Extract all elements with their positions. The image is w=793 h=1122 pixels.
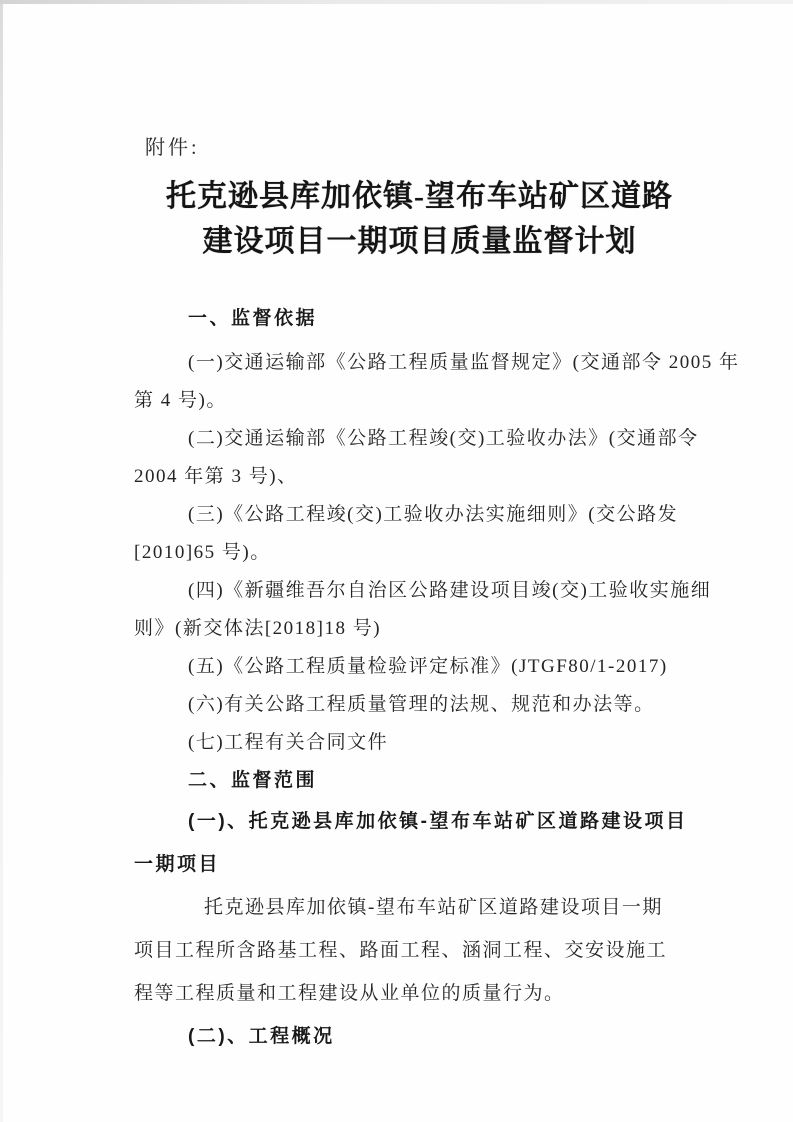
text-line: (七)工程有关合同文件 bbox=[134, 724, 714, 762]
document-body: 一、监督依据(一)交通运输部《公路工程质量监督规定》(交通部令 2005 年第 … bbox=[134, 300, 714, 1058]
text-line: 2004 年第 3 号)、 bbox=[134, 458, 714, 496]
text-line: (一)交通运输部《公路工程质量监督规定》(交通部令 2005 年 bbox=[134, 344, 714, 382]
subsection-heading: 一期项目 bbox=[134, 843, 714, 886]
text-line: (四)《新疆维吾尔自治区公路建设项目竣(交)工验收实施细 bbox=[134, 572, 714, 610]
text-line: (二)交通运输部《公路工程竣(交)工验收办法》(交通部令 bbox=[134, 420, 714, 458]
text-line: 项目工程所含路基工程、路面工程、涵洞工程、交安设施工 bbox=[134, 929, 714, 972]
text-line: 程等工程质量和工程建设从业单位的质量行为。 bbox=[134, 972, 714, 1015]
text-line: [2010]65 号)。 bbox=[134, 534, 714, 572]
section-heading: 二、监督范围 bbox=[134, 762, 714, 800]
document-title-line2: 建设项目一期项目质量监督计划 bbox=[118, 219, 721, 264]
document-title-line1: 托克逊县库加依镇-望布车站矿区道路 bbox=[118, 174, 721, 219]
text-line: (三)《公路工程竣(交)工验收办法实施细则》(交公路发 bbox=[134, 496, 714, 534]
attachment-label: 附件: bbox=[145, 131, 200, 160]
text-line: (六)有关公路工程质量管理的法规、规范和办法等。 bbox=[134, 686, 714, 724]
text-line: 则》(新交体法[2018]18 号) bbox=[134, 610, 714, 648]
document-page: 附件: 托克逊县库加依镇-望布车站矿区道路 建设项目一期项目质量监督计划 一、监… bbox=[0, 0, 793, 1122]
text-line: 第 4 号)。 bbox=[134, 382, 714, 420]
subsection-heading: (一)、托克逊县库加依镇-望布车站矿区道路建设项目 bbox=[134, 800, 714, 843]
text-line: 托克逊县库加依镇-望布车站矿区道路建设项目一期 bbox=[134, 886, 714, 929]
document-title: 托克逊县库加依镇-望布车站矿区道路 建设项目一期项目质量监督计划 bbox=[118, 174, 721, 264]
subsection-heading: (二)、工程概况 bbox=[134, 1015, 714, 1058]
text-line: (五)《公路工程质量检验评定标准》(JTGF80/1-2017) bbox=[134, 648, 714, 686]
section-heading: 一、监督依据 bbox=[134, 300, 714, 338]
